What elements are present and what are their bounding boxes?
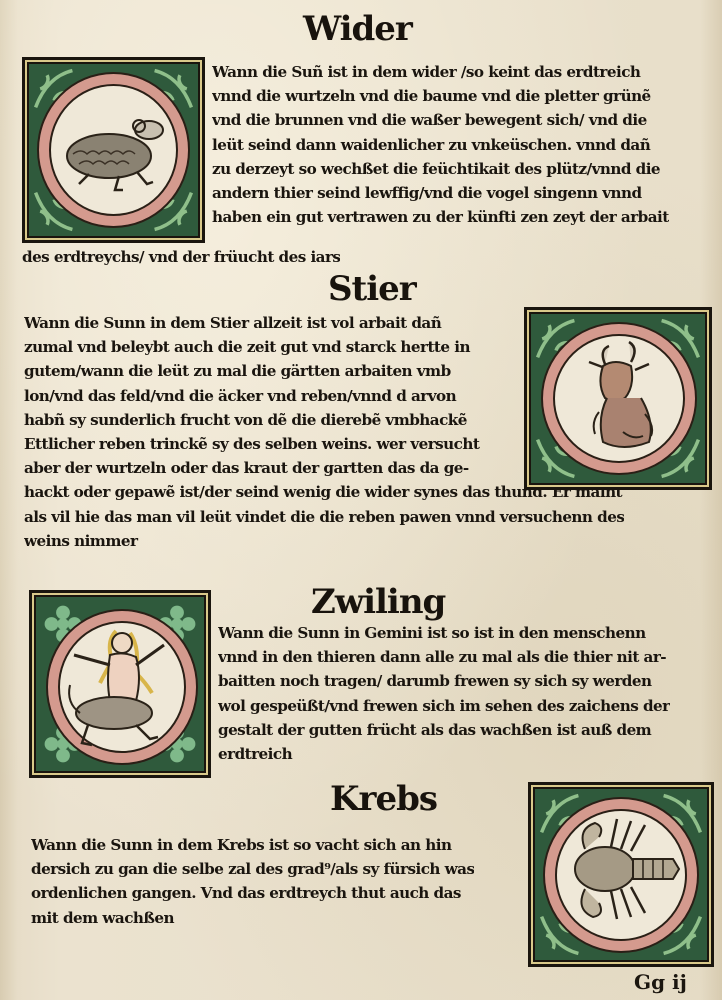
text-line: Wann die Sunn in dem Krebs ist so vacht … xyxy=(31,833,474,857)
text-line: dersich zu gan die selbe zal des grad⁹/a… xyxy=(31,857,474,881)
zwiling-text: Wann die Sunn in Gemini ist so ist in de… xyxy=(218,621,670,766)
heading-stier: Stier xyxy=(328,272,416,306)
text-line: andern thier seind lewffig/vnd die vogel… xyxy=(212,181,669,205)
text-line: als vil hie das man vil leüt vindet die … xyxy=(24,505,624,529)
text-line: Wann die Suñ ist in dem wider /so keint … xyxy=(212,60,669,84)
ram-icon xyxy=(49,84,178,216)
heading-krebs: Krebs xyxy=(330,782,437,816)
text-line: Wann die Sunn in Gemini ist so ist in de… xyxy=(218,621,670,645)
bull-icon xyxy=(553,334,685,463)
crayfish-icon xyxy=(555,809,687,941)
crayfish-woodcut xyxy=(528,782,714,967)
text-line: vnd die brunnen vnd die waßer bewegent s… xyxy=(212,108,669,132)
centaur-woodcut xyxy=(29,590,211,778)
text-line: erdtreich xyxy=(218,742,670,766)
heading-wider: Wider xyxy=(303,12,412,46)
krebs-text: Wann die Sunn in dem Krebs ist so vacht … xyxy=(31,833,474,930)
text-line: vnnd die wurtzeln vnd die baume vnd die … xyxy=(212,84,669,108)
text-line: vnnd in den thieren dann alle zu mal als… xyxy=(218,645,670,669)
text-line: ordenlichen gangen. Vnd das erdtreych th… xyxy=(31,881,474,905)
ram-woodcut xyxy=(22,57,205,243)
text-line: baitten noch tragen/ darumb frewen sy si… xyxy=(218,669,670,693)
text-line: mit dem wachßen xyxy=(31,906,474,930)
text-line: haben ein gut vertrawen zu der künfti ze… xyxy=(212,205,669,229)
text-line: gestalt der gutten frücht als das wachße… xyxy=(218,718,670,742)
text-line: leüt seind dann waidenlicher zu vnkeüsch… xyxy=(212,133,669,157)
bull-woodcut xyxy=(524,307,712,490)
text-line: wol gespeüßt/vnd frewen sich im sehen de… xyxy=(218,694,670,718)
wider-text-continued: des erdtreychs/ vnd der früucht des iars xyxy=(22,245,340,269)
page-signature: Gg ij xyxy=(634,970,687,994)
heading-zwiling: Zwiling xyxy=(311,585,445,619)
centaur-icon xyxy=(58,621,186,753)
text-line: des erdtreychs/ vnd der früucht des iars xyxy=(22,245,340,269)
text-line: weins nimmer xyxy=(24,529,624,553)
wider-text: Wann die Suñ ist in dem wider /so keint … xyxy=(212,60,669,229)
text-line: zu derzeyt so wechßet die feüchtikait de… xyxy=(212,157,669,181)
book-page: Wider Wann die Suñ ist in dem wider /so … xyxy=(0,0,722,1000)
